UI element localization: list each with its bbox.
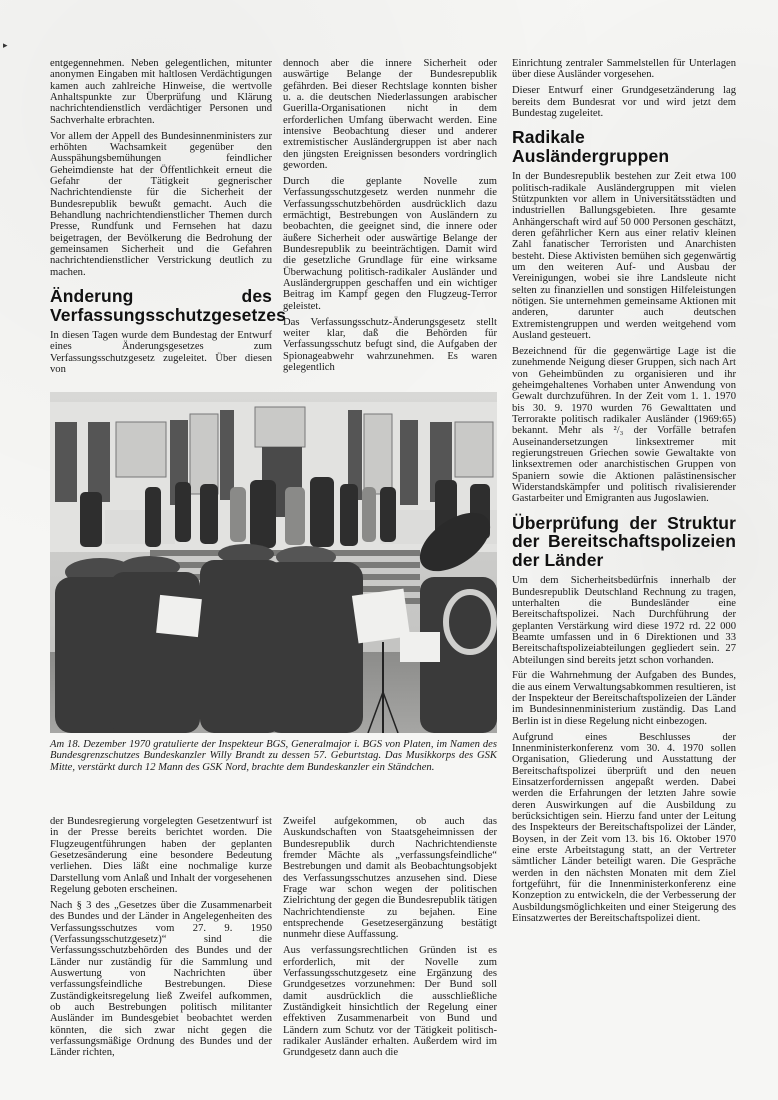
paragraph: Aus verfassungsrechtlichen Gründen ist e… xyxy=(283,945,497,1058)
paragraph: Nach § 3 des „Gesetzes über die Zusammen… xyxy=(50,900,272,1059)
photo-caption: Am 18. Dezember 1970 gratulierte der Ins… xyxy=(50,739,497,773)
margin-mark: ▸ xyxy=(3,40,8,51)
paragraph: Dieser Entwurf einer Grundgesetzänderung… xyxy=(512,85,736,119)
section-heading: Änderung des Verfassungsschutzgesetzes xyxy=(50,287,272,324)
section-heading: Überprüfung der Struktur der Bereitschaf… xyxy=(512,514,736,570)
paragraph: entgegennehmen. Neben gelegentlichen, mi… xyxy=(50,58,272,126)
photo-illustration xyxy=(50,392,497,733)
paragraph: Vor allem der Appell des Bundesinnenmini… xyxy=(50,131,272,278)
paragraph: Für die Wahrnehmung der Aufgaben des Bun… xyxy=(512,670,736,727)
column-middle-bottom: Zweifel aufgekommen, ob auch das Auskund… xyxy=(283,816,497,1063)
paragraph: Um dem Sicherheitsbedürfnis innerhalb de… xyxy=(512,575,736,666)
paragraph: Bezeichnend für die gegenwärtige Lage is… xyxy=(512,346,736,505)
paragraph: Durch die geplante Novelle zum Verfassun… xyxy=(283,176,497,312)
section-heading: Radikale Ausländergruppen xyxy=(512,128,736,165)
column-right: Einrichtung zentraler Sammelstellen für … xyxy=(512,58,736,929)
paragraph: der Bundesregierung vorgelegten Gesetzen… xyxy=(50,816,272,895)
paragraph: Zweifel aufgekommen, ob auch das Auskund… xyxy=(283,816,497,941)
column-left-bottom: der Bundesregierung vorgelegten Gesetzen… xyxy=(50,816,272,1063)
paragraph: In der Bundesrepublik bestehen zur Zeit … xyxy=(512,171,736,341)
paragraph: In diesen Tagen wurde dem Bundestag der … xyxy=(50,330,272,375)
column-left-top: entgegennehmen. Neben gelegentlichen, mi… xyxy=(50,58,272,380)
paragraph: Einrichtung zentraler Sammelstellen für … xyxy=(512,58,736,81)
paragraph: dennoch aber die innere Sicherheit oder … xyxy=(283,58,497,171)
column-middle-top: dennoch aber die innere Sicherheit oder … xyxy=(283,58,497,378)
paragraph: Aufgrund eines Beschlusses der Innenmini… xyxy=(512,732,736,925)
paragraph: Das Verfassungsschutz-Änderungsgesetz st… xyxy=(283,317,497,374)
photo-music-corps xyxy=(50,392,497,733)
